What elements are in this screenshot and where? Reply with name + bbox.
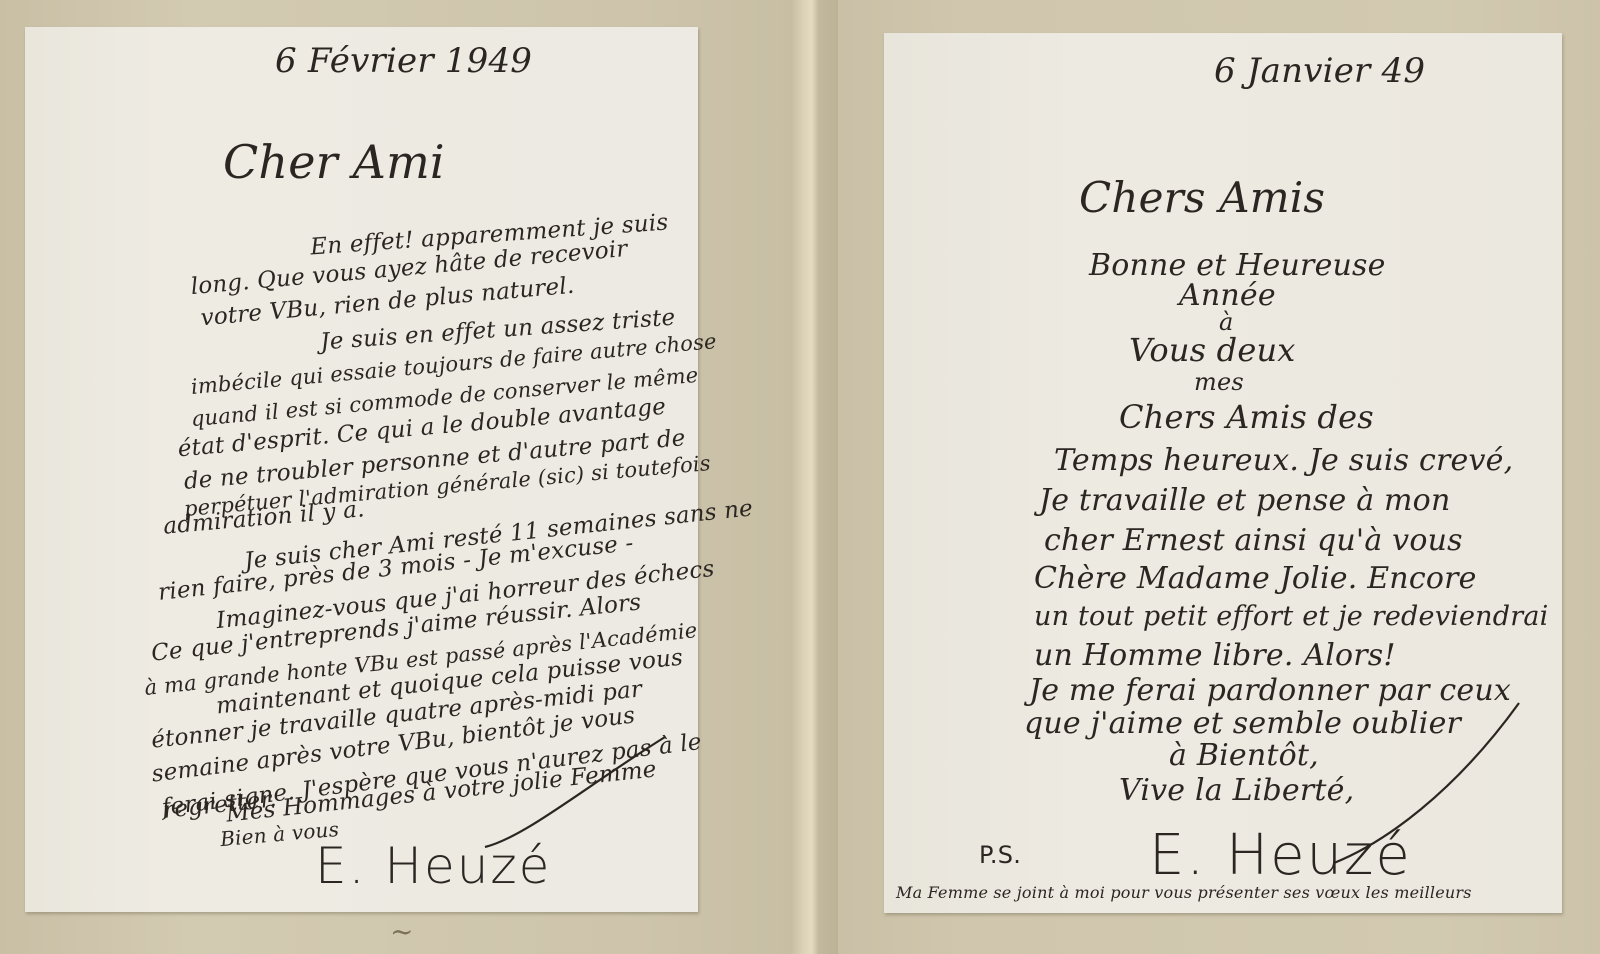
letter-line-centered: Vous deux bbox=[1129, 331, 1296, 369]
ps-text: Ma Femme se joint à moi pour vous présen… bbox=[896, 883, 1472, 902]
letter-line-centered: Chers Amis des bbox=[1119, 398, 1374, 436]
letter-right: 6 Janvier 49 Chers Amis Bonne et Heureus… bbox=[884, 33, 1562, 913]
closing-line: Vive la Liberté, bbox=[1119, 773, 1354, 808]
letter-line: un tout petit effort et je redeviendrai bbox=[1034, 601, 1549, 632]
signature: E. Heuzé bbox=[1149, 823, 1412, 888]
letter-line: Je travaille et pense à mon bbox=[1039, 483, 1450, 518]
letter-salutation: Chers Amis bbox=[1079, 173, 1325, 222]
letter-date: 6 Janvier 49 bbox=[1214, 51, 1425, 91]
letter-line-centered: mes bbox=[1194, 368, 1244, 396]
closing-line: à Bientôt, bbox=[1169, 738, 1319, 773]
signature: E. Heuzé bbox=[315, 837, 551, 895]
ps-label: P.S. bbox=[979, 841, 1021, 869]
album-spine bbox=[790, 0, 838, 954]
letter-date: 6 Février 1949 bbox=[275, 41, 532, 81]
letter-salutation: Cher Ami bbox=[223, 135, 445, 189]
letter-line: Chère Madame Jolie. Encore bbox=[1034, 561, 1477, 596]
letter-line: cher Ernest ainsi qu'à vous bbox=[1044, 523, 1463, 558]
letter-left: 6 Février 1949 Cher Ami En effet! appare… bbox=[25, 27, 698, 912]
letter-line: Je me ferai pardonner par ceux bbox=[1029, 673, 1511, 708]
pencil-mark: ~ bbox=[390, 915, 413, 948]
letter-line: Temps heureux. Je suis crevé, bbox=[1054, 443, 1513, 478]
letter-line: un Homme libre. Alors! bbox=[1034, 638, 1396, 673]
letter-line: que j'aime et semble oublier bbox=[1024, 706, 1461, 741]
